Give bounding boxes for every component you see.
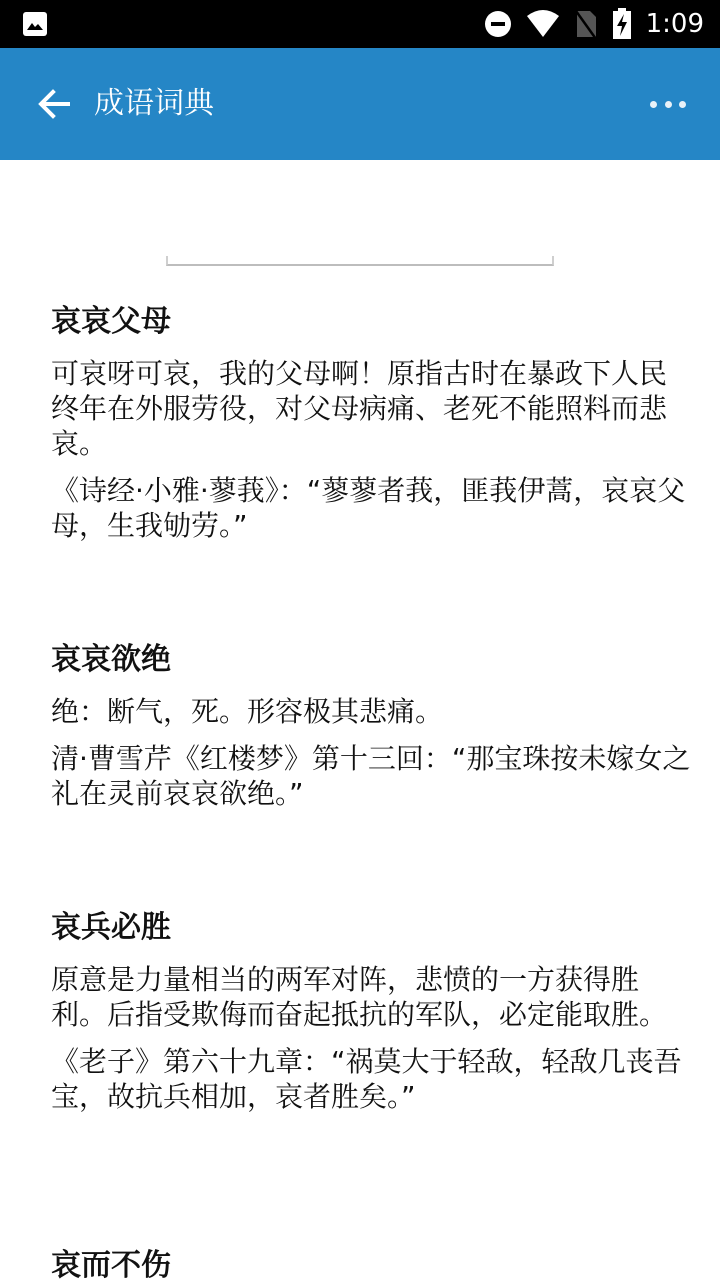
arrow-left-icon[interactable]	[34, 84, 74, 124]
status-bar: 1:09	[0, 0, 720, 48]
status-time: 1:09	[646, 9, 704, 39]
dot	[650, 101, 657, 108]
ad-placeholder-frame	[166, 256, 554, 266]
idiom-source: 《诗经·小雅·蓼莪》：“蓼蓼者莪，匪莪伊蒿，哀哀父母，生我劬劳。”	[51, 473, 691, 543]
idiom-list[interactable]: 哀哀父母 可哀呀可哀，我的父母啊！原指古时在暴政下人民终年在外服劳役，对父母病痛…	[0, 160, 720, 1280]
page-title: 成语词典	[94, 82, 214, 126]
dot	[665, 101, 672, 108]
more-horizontal-icon[interactable]	[650, 90, 686, 118]
battery-charging-icon	[612, 8, 632, 40]
idiom-entry: 哀哀欲绝 绝：断气，死。形容极其悲痛。 清·曹雪芹《红楼梦》第十三回：“那宝珠按…	[51, 640, 691, 811]
idiom-meaning: 可哀呀可哀，我的父母啊！原指古时在暴政下人民终年在外服劳役，对父母病痛、老死不能…	[51, 356, 691, 461]
do-not-disturb-icon	[484, 10, 512, 38]
idiom-source: 《老子》第六十九章：“祸莫大于轻敌，轻敌几丧吾宝，故抗兵相加，哀者胜矣。”	[51, 1044, 691, 1114]
idiom-meaning: 原意是力量相当的两军对阵，悲愤的一方获得胜利。后指受欺侮而奋起抵抗的军队，必定能…	[51, 962, 691, 1032]
gallery-icon	[22, 11, 48, 37]
dot	[679, 101, 686, 108]
wifi-icon	[526, 10, 560, 38]
idiom-name: 哀而不伤	[51, 1246, 691, 1280]
idiom-name: 哀哀欲绝	[51, 640, 691, 680]
idiom-entry: 哀哀父母 可哀呀可哀，我的父母啊！原指古时在暴政下人民终年在外服劳役，对父母病痛…	[51, 302, 691, 543]
app-bar: 成语词典	[0, 48, 720, 160]
idiom-meaning: 绝：断气，死。形容极其悲痛。	[51, 694, 691, 729]
idiom-name: 哀哀父母	[51, 302, 691, 342]
no-sim-icon	[574, 9, 598, 39]
idiom-name: 哀兵必胜	[51, 908, 691, 948]
idiom-entry: 哀而不伤	[51, 1246, 691, 1280]
idiom-source: 清·曹雪芹《红楼梦》第十三回：“那宝珠按未嫁女之礼在灵前哀哀欲绝。”	[51, 741, 691, 811]
idiom-entry: 哀兵必胜 原意是力量相当的两军对阵，悲愤的一方获得胜利。后指受欺侮而奋起抵抗的军…	[51, 908, 691, 1114]
